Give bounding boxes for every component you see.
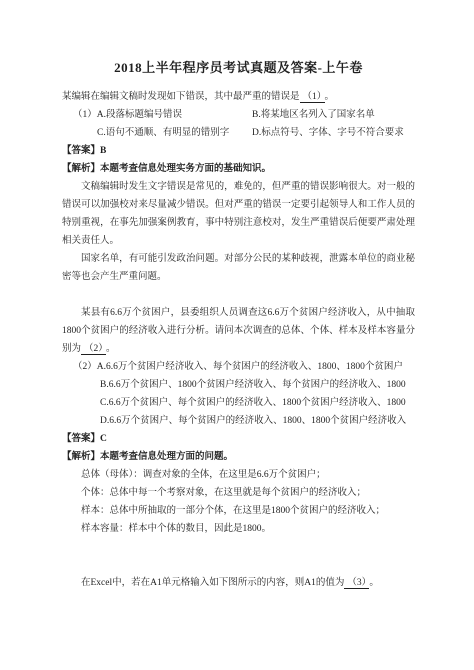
- q2-analysis-heading: 【解析】本题考查信息处理方面的问题。: [62, 448, 415, 466]
- q2-analysis-line-sample-size: 样本容量：样本中个体的数目，因此是1800。: [62, 520, 415, 538]
- q1-answer-value: B: [100, 146, 106, 156]
- q2-option-d: D.6.6万个贫困户、每个贫困户的经济收入、1800、1800个贫困户经济收入: [100, 412, 415, 430]
- q2-analysis-line-sample: 样本：总体中所抽取的一部分个体，在这里是1800个贫困户的经济收入；: [62, 502, 415, 520]
- analysis-label: 【解析】: [62, 452, 100, 462]
- q2-stem-period: 。: [106, 344, 116, 354]
- q1-stem-period: 。: [325, 92, 335, 102]
- q2-analysis-line-individual: 个体：总体中每一个考察对象，在这里就是每个贫困户的经济收入；: [62, 484, 415, 502]
- q1-option-d: D.标点符号、字体、字号不符合要求: [252, 124, 404, 142]
- q1-analysis-heading: 【解析】本题考查信息处理实务方面的基础知识。: [62, 160, 415, 178]
- answer-label: 【答案】: [62, 434, 100, 444]
- q2-blank-underline: （2）: [81, 344, 106, 355]
- q2-option-c: C.6.6万个贫困户、每个贫困户的经济收入、1800个贫困户经济收入、1800: [100, 394, 415, 412]
- q1-stem-text: 某编辑在编辑文稿时发现如下错误，其中最严重的错误是: [62, 92, 300, 102]
- q2-analysis-title: 本题考查信息处理方面的问题。: [100, 452, 233, 462]
- q1-option-c: C.语句不通顺、有明显的错别字: [97, 124, 229, 142]
- q2-stem: 某县有6.6万个贫困户，县委组织人员调查这6.6万个贫困户经济收入，从中抽取18…: [62, 304, 415, 358]
- q1-options-row-1: （1）A.段落标题编号错误 B.将某地区名列入了国家名单: [62, 106, 415, 124]
- q3-stem: 在Excel中，若在A1单元格输入如下图所示的内容，则A1的值为（3）。: [62, 574, 415, 592]
- q3-blank-underline: （3）: [344, 578, 369, 589]
- q3-stem-text: 在Excel中，若在A1单元格输入如下图所示的内容，则A1的值为: [81, 578, 344, 588]
- q1-option-b: B.将某地区名列入了国家名单: [252, 106, 375, 124]
- q2-option-b: B.6.6万个贫困户、1800个贫困户经济收入、每个贫困户的经济收入、1800: [100, 376, 415, 394]
- q1-option-a: （1）A.段落标题编号错误: [73, 106, 182, 124]
- q2-answer-line: 【答案】C: [62, 430, 415, 448]
- q2-analysis-line-population: 总体（母体）：调查对象的全体，在这里是6.6万个贫困户；: [62, 466, 415, 484]
- q2-option-a: （2）A.6.6万个贫困户经济收入、每个贫困户的经济收入、1800、1800个贫…: [73, 358, 415, 376]
- exam-document-page: 2018上半年程序员考试真题及答案-上午卷 某编辑在编辑文稿时发现如下错误，其中…: [0, 0, 474, 670]
- q1-answer-line: 【答案】B: [62, 142, 415, 160]
- page-title: 2018上半年程序员考试真题及答案-上午卷: [62, 58, 415, 78]
- q1-options-row-2: C.语句不通顺、有明显的错别字 D.标点符号、字体、字号不符合要求: [62, 124, 415, 142]
- q3-stem-period: 。: [369, 578, 379, 588]
- answer-label: 【答案】: [62, 146, 100, 156]
- q1-stem: 某编辑在编辑文稿时发现如下错误，其中最严重的错误是（1）。: [62, 88, 415, 106]
- q1-analysis-paragraph-2: 国家名单，有可能引发政治问题。对部分公民的某种歧视，泄露本单位的商业秘密等也会产…: [62, 250, 415, 286]
- analysis-label: 【解析】: [62, 164, 100, 174]
- q2-answer-value: C: [100, 434, 107, 444]
- q1-blank-underline: （1）: [300, 92, 325, 103]
- q1-analysis-paragraph-1: 文稿编辑时发生文字错误是常见的，难免的，但严重的错误影响很大。对一般的错误可以加…: [62, 178, 415, 250]
- q1-analysis-title: 本题考查信息处理实务方面的基础知识。: [100, 164, 271, 174]
